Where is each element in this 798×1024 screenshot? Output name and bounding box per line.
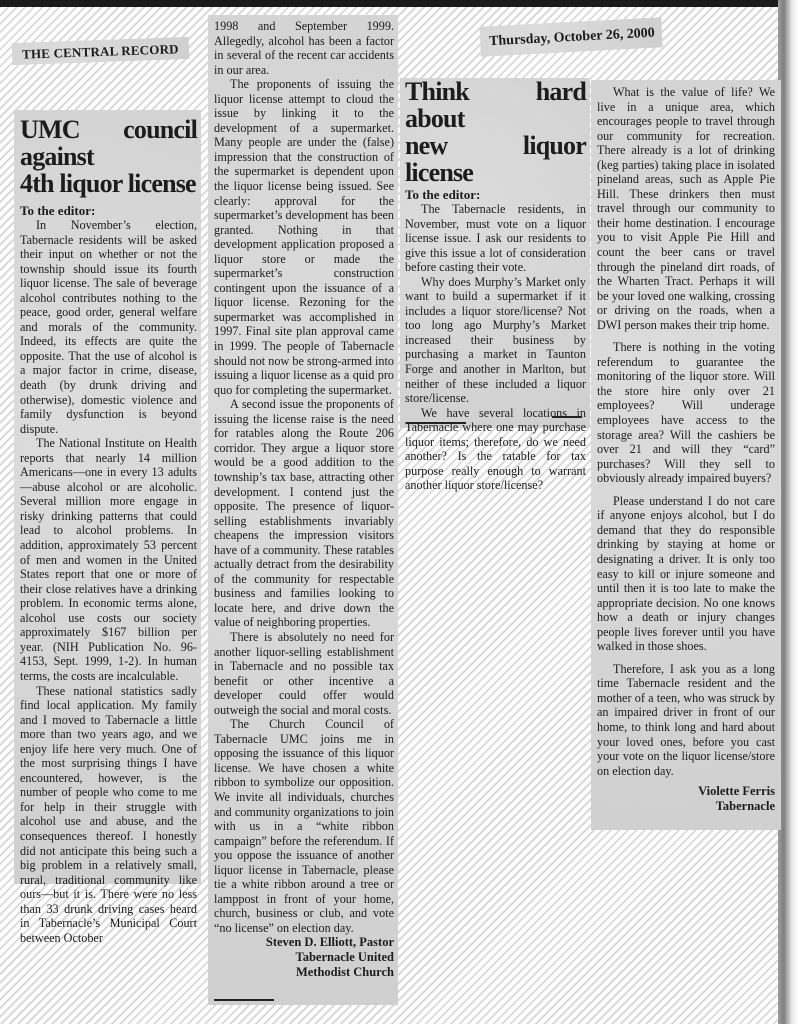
paragraph: In November’s election, Tabernacle resid… xyxy=(20,218,197,436)
paragraph: A second issue the proponents of issuing… xyxy=(214,397,394,630)
letter3-column: What is the value of life? We live in a … xyxy=(591,80,781,830)
letter1-signature: Steven D. Elliott, Pastor Tabernacle Uni… xyxy=(214,935,394,980)
paragraph: Why does Murphy’s Market only want to bu… xyxy=(405,275,586,406)
paragraph: Therefore, I ask you as a long time Tabe… xyxy=(597,662,775,778)
signature-line: Violette Ferris xyxy=(597,784,775,799)
headline-line: UMC council against xyxy=(20,116,197,170)
headline-line: 4th liquor license xyxy=(20,170,197,197)
scan-right-edge xyxy=(778,0,798,1024)
letter1-column1: UMC council against 4th liquor license T… xyxy=(14,110,201,884)
paragraph: The National Institute on Health reports… xyxy=(20,436,197,683)
publication-date: Thursday, October 26, 2000 xyxy=(489,26,655,50)
letter3-signature: Violette Ferris Tabernacle xyxy=(597,784,775,814)
paragraph: Please understand I do not care if anyon… xyxy=(597,494,775,654)
letter2-column: Think hard about new liquor license To t… xyxy=(400,78,590,428)
clipping-rule xyxy=(552,416,582,418)
letter1-headline: UMC council against 4th liquor license xyxy=(20,116,197,197)
paragraph: What is the value of life? We live in a … xyxy=(597,85,775,332)
letter2-salutation: To the editor: xyxy=(405,187,586,202)
date-clipping: Thursday, October 26, 2000 xyxy=(479,17,662,56)
signature-line: Steven D. Elliott, Pastor xyxy=(214,935,394,950)
paragraph: The Church Council of Tabernacle UMC joi… xyxy=(214,717,394,935)
paragraph: The proponents of issuing the liquor lic… xyxy=(214,77,394,397)
clipping-rule xyxy=(214,999,274,1001)
paragraph: There is nothing in the voting referendu… xyxy=(597,340,775,485)
signature-line: Tabernacle United xyxy=(214,950,394,965)
headline-line: new liquor license xyxy=(405,132,586,186)
paragraph-continued: 1998 and September 1999. Allegedly, alco… xyxy=(214,19,394,77)
letter1-column2: 1998 and September 1999. Allegedly, alco… xyxy=(208,15,398,1005)
clipping-rule xyxy=(406,422,466,424)
letter1-salutation: To the editor: xyxy=(20,203,197,218)
paragraph: The Tabernacle residents, in November, m… xyxy=(405,202,586,275)
signature-line: Methodist Church xyxy=(214,965,394,980)
newspaper-masthead: THE CENTRAL RECORD xyxy=(12,37,190,65)
masthead-text: THE CENTRAL RECORD xyxy=(22,41,179,61)
paragraph: These national statistics sadly find loc… xyxy=(20,684,197,946)
paragraph: There is absolutely no need for another … xyxy=(214,630,394,717)
headline-line: Think hard about xyxy=(405,78,586,132)
signature-line: Tabernacle xyxy=(597,799,775,814)
scan-top-border xyxy=(0,0,798,7)
letter2-headline: Think hard about new liquor license xyxy=(405,78,586,186)
paragraph: We have several locations in Tabernacle … xyxy=(405,406,586,493)
